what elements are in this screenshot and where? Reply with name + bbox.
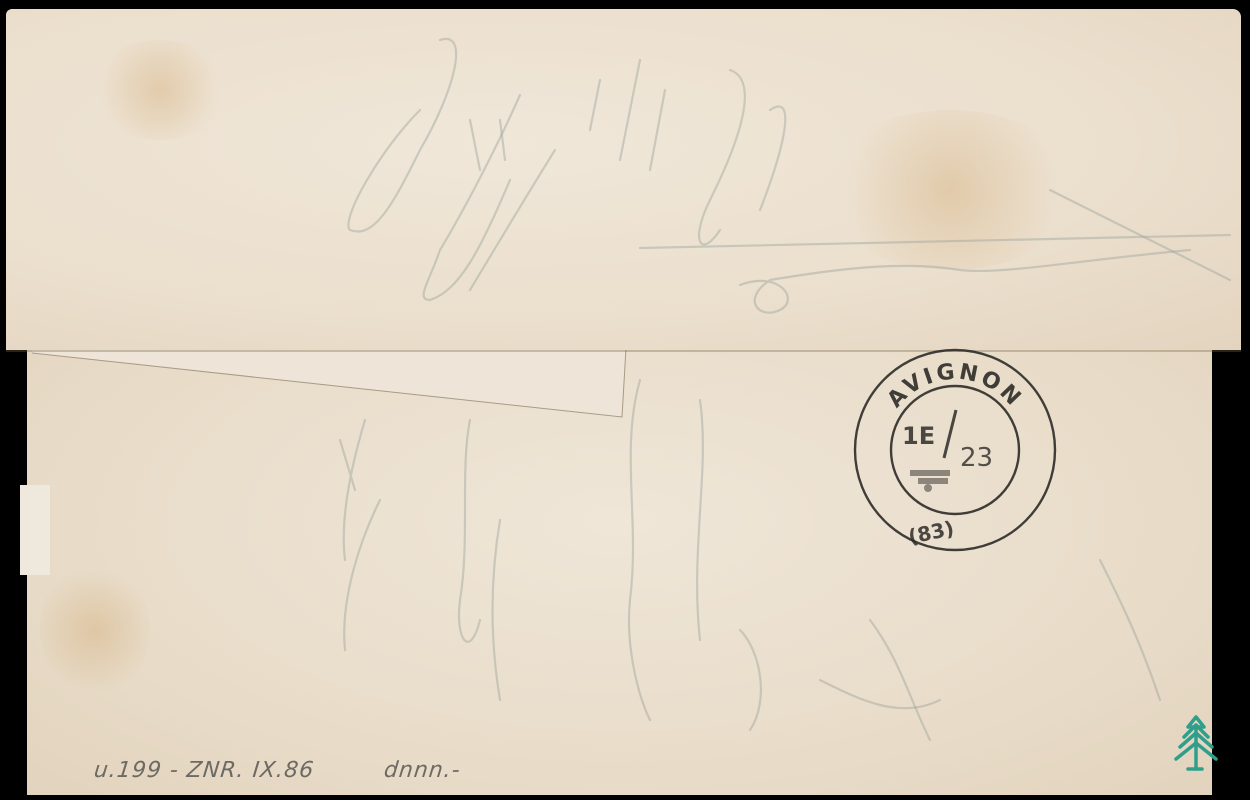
avignon-postmark: AVIGNON (83) 1E 23 [848, 348, 1062, 552]
pencil-signature: dnnn.- [383, 758, 462, 783]
pencil-reference-note: u.199 - ZNR. IX.86 [93, 758, 316, 783]
inner-flap-fold [30, 345, 630, 425]
postmark-department: (83) [906, 516, 956, 549]
paper-tear [20, 485, 50, 575]
foxing-stain [820, 110, 1080, 270]
postmark-day-slot: 1E [902, 422, 935, 450]
foxing-stain [40, 560, 150, 700]
foxing-stain [90, 40, 230, 140]
fir-tree-icon [1170, 713, 1222, 773]
postmark-month-smudge [910, 470, 950, 492]
postmark-date: 23 [960, 443, 993, 473]
